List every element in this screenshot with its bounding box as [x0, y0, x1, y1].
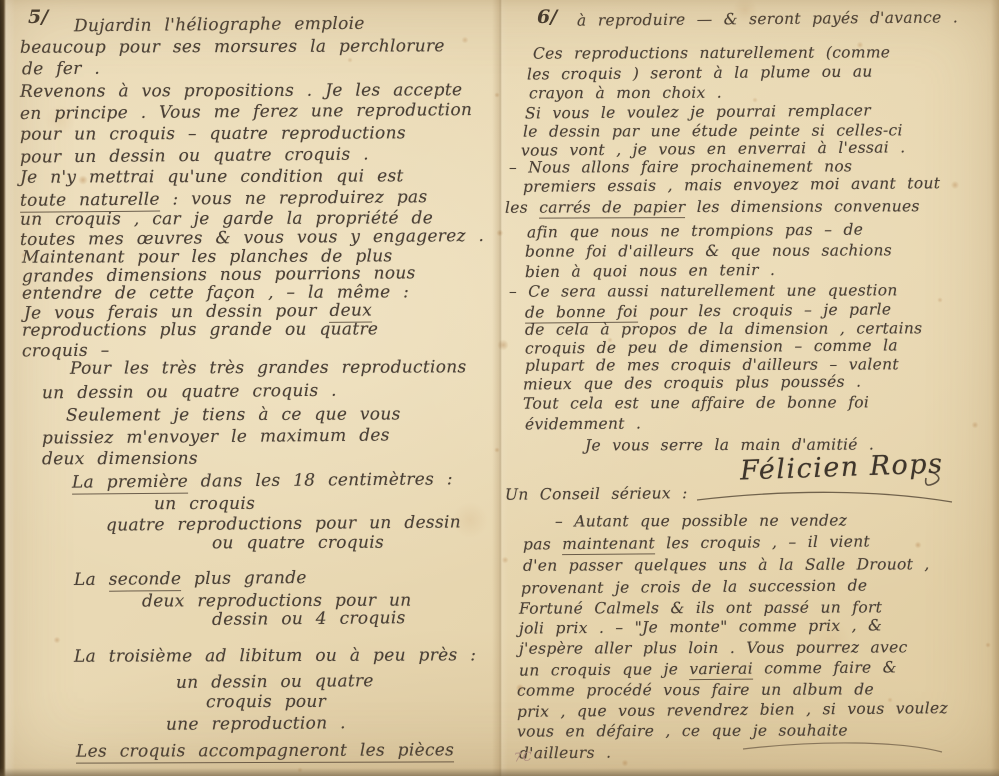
handwriting-line: Seulement je tiens à ce que vous [66, 403, 401, 426]
handwriting-line: Un Conseil sérieux : [505, 482, 688, 506]
handwriting-line: vous en défaire , ce que je souhaite [517, 719, 848, 742]
text: pour un dessin ou quatre croquis . [20, 144, 369, 167]
handwriting-line: croquis pour [206, 691, 326, 713]
handwriting-line: – Autant que possible ne vendez [555, 509, 847, 532]
text: mieux que des croquis plus poussés . [523, 373, 861, 394]
text: Seulement je tiens à ce que vous [66, 404, 401, 425]
text: Je n'y mettrai qu'une condition qui est [20, 166, 404, 187]
text: un dessin ou quatre [176, 671, 374, 693]
underlined-text: carrés de papier [539, 198, 685, 219]
text: – Autant que possible ne vendez [555, 511, 847, 530]
text: croquis pour [206, 692, 326, 712]
handwriting-line: pas maintenant les croquis , – il vient [523, 530, 870, 555]
handwriting-line: un croquis [154, 493, 255, 515]
text: dessin ou 4 croquis [212, 608, 406, 630]
text: – Ce sera aussi naturellement une questi… [509, 281, 898, 300]
text: puissiez m'envoyer le maximum des [42, 425, 390, 448]
text: dans les 18 centimètres : [188, 469, 453, 491]
handwriting-line: La seconde plus grande [74, 567, 307, 591]
text: Pour les très très grandes reproductions [70, 357, 467, 378]
underlined-text: La première [72, 472, 188, 495]
handwriting-line: Tout cela est une affaire de bonne foi [523, 391, 869, 414]
handwriting-line: deux dimensions [42, 448, 198, 471]
text: évidemment . [525, 414, 641, 433]
underlined-text: Les croquis accompagneront les pièces [76, 740, 454, 763]
handwriting-line: les carrés de papier les dimensions conv… [505, 195, 920, 218]
text: les croquis , – il vient [655, 532, 870, 552]
text: une reproduction . [166, 713, 346, 735]
handwriting-line: Je n'y mettrai qu'une condition qui est [20, 165, 404, 188]
handwriting-line: puissiez m'envoyer le maximum des [42, 424, 390, 449]
pencil-annotation: 7C [514, 749, 534, 764]
letter-page-5: 5/ Dujardin l'héliographe emploiebeaucou… [14, 0, 496, 776]
text: un croquis [154, 494, 255, 514]
text: reproductions plus grande ou quatre [22, 319, 378, 340]
text: : vous ne reproduirez pas [160, 187, 428, 209]
text: un croquis que je [519, 660, 690, 679]
handwriting-line: Pour les très très grandes reproductions [70, 356, 467, 379]
signature: Félicien Rops [740, 448, 944, 486]
underlined-text: seconde [109, 569, 182, 592]
text: La [74, 570, 109, 590]
handwriting-line: une reproduction . [166, 712, 346, 736]
letter-page-6: 6/ à reproduire — & seront payés d'avanc… [505, 0, 997, 776]
text: vous en défaire , ce que je souhaite [517, 721, 848, 740]
text: un dessin ou quatre croquis . [42, 381, 337, 404]
text: deux dimensions [42, 449, 198, 470]
letter-scan: 5/ Dujardin l'héliographe emploiebeaucou… [0, 0, 999, 776]
text: à reproduire — & seront payés d'avance . [577, 8, 958, 29]
text: pour un croquis – quatre reproductions [20, 123, 406, 144]
handwriting-line: beaucoup pour ses morsures la perchlorur… [20, 35, 445, 58]
scan-edge-right [991, 0, 999, 776]
handwriting-line: dessin ou 4 croquis [212, 607, 406, 631]
paper-edge-highlight [5, 0, 15, 776]
page-number-5: 5/ [28, 6, 48, 28]
text: de fer . [22, 59, 100, 80]
handwriting-line: en principe . Vous me ferez une reproduc… [20, 99, 472, 125]
text: afin que nous ne trompions pas – de [527, 221, 863, 242]
underlined-text: varierai [689, 660, 753, 681]
handwriting-line: Dujardin l'héliographe emploie [74, 13, 365, 38]
handwriting-line: d'en passer quelques uns à la Salle Drou… [523, 553, 930, 576]
text: Revenons à vos propositions . Je les acc… [20, 80, 462, 102]
text: ou quatre croquis [212, 533, 384, 554]
text: plus grande [181, 568, 307, 589]
handwriting-line: ou quatre croquis [212, 532, 384, 555]
text: Ces reproductions naturellement (comme [533, 43, 890, 62]
text: beaucoup pour ses morsures la perchlorur… [20, 36, 445, 57]
underlined-text: maintenant [562, 534, 655, 555]
text: en principe . Vous me ferez une reproduc… [20, 100, 472, 124]
text: les [505, 199, 539, 217]
text: pas [523, 535, 562, 553]
text: joli prix . – "Je monte" comme prix , & [519, 616, 882, 637]
page-number-6: 6/ [537, 6, 557, 28]
scan-edge-left [0, 0, 6, 776]
text: les croquis ) seront à la plume ou au [527, 62, 873, 83]
scan-edge-bottom [0, 768, 999, 776]
text: provenant je crois de la succession de [521, 576, 867, 597]
handwriting-line: pour un croquis – quatre reproductions [20, 122, 406, 145]
text: Un Conseil sérieux : [505, 484, 688, 504]
text: comme faire & [753, 658, 897, 677]
handwriting-line: à reproduire — & seront payés d'avance . [577, 6, 958, 31]
handwriting-line: évidemment . [525, 412, 641, 435]
handwriting-line: La première dans les 18 centimètres : [72, 468, 453, 493]
handwriting-line: un dessin ou quatre croquis . [42, 380, 337, 405]
text: La troisième ad libitum ou à peu près : [74, 645, 476, 666]
handwriting-line: reproductions plus grande ou quatre [22, 318, 378, 341]
text: Dujardin l'héliographe emploie [74, 14, 365, 37]
text: j'espère aller plus loin . Vous pourrez … [519, 638, 908, 657]
text: bien à quoi nous en tenir . [525, 261, 775, 281]
text: premiers essais , mais envoyez moi avant… [523, 174, 940, 196]
handwriting-line: La troisième ad libitum ou à peu près : [74, 644, 476, 667]
text: les dimensions convenues [685, 197, 919, 216]
handwriting-line: Les croquis accompagneront les pièces [76, 739, 454, 762]
text: Tout cela est une affaire de bonne foi [523, 393, 869, 412]
handwriting-line: premiers essais , mais envoyez moi avant… [523, 172, 940, 198]
text: prix , que vous revendrez bien , si vous… [517, 699, 948, 721]
text: d'en passer quelques uns à la Salle Drou… [523, 555, 930, 574]
text: crayon à mon choix . [529, 84, 722, 103]
text: bonne foi d'ailleurs & que nous sachions [525, 241, 892, 260]
text: comme procédé vous faire un album de [517, 680, 874, 699]
handwriting-line: de fer . [22, 58, 100, 81]
